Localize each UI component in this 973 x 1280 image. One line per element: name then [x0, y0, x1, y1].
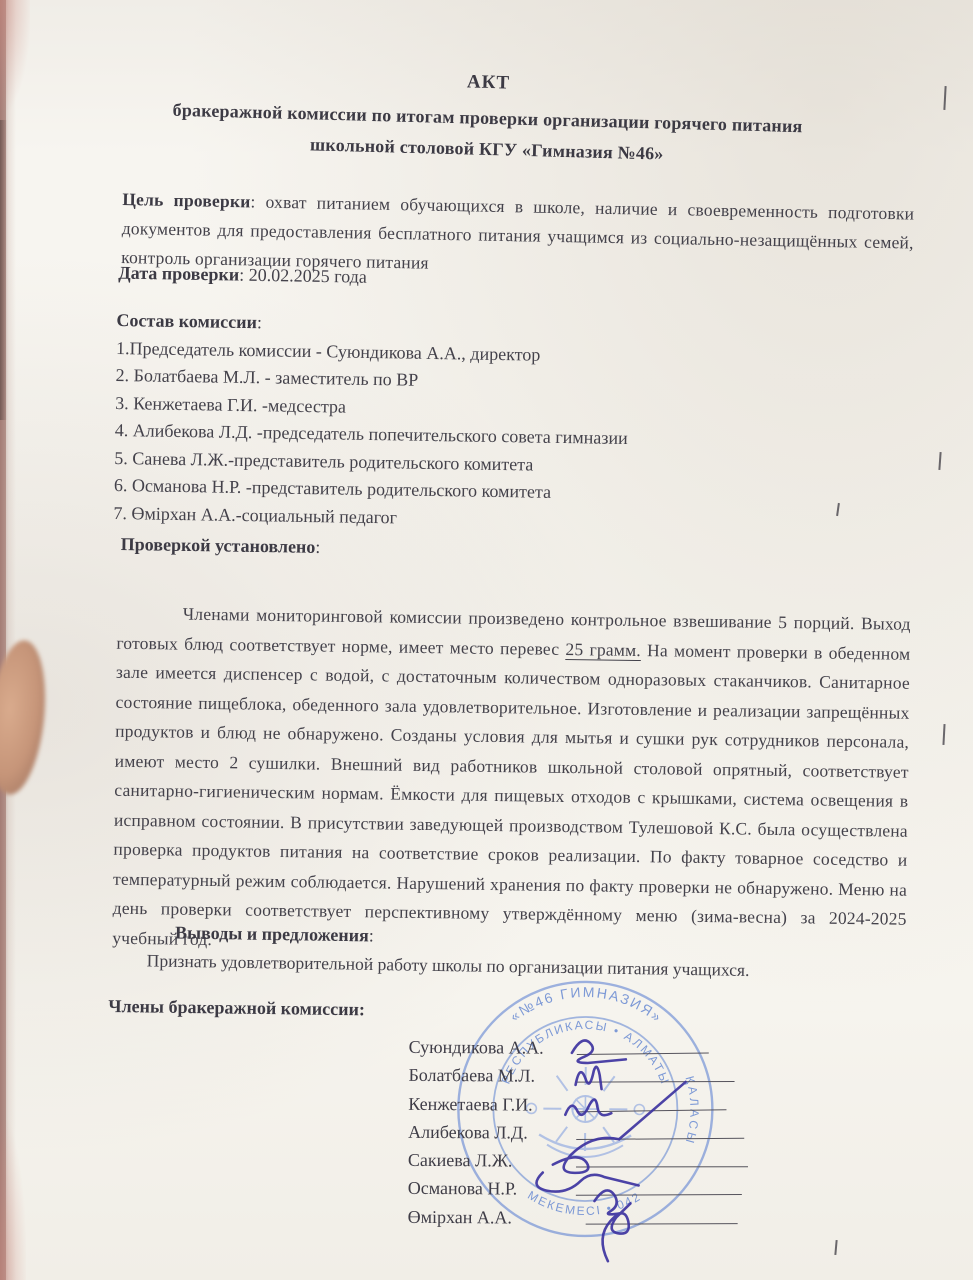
document-photo: АКТ бракеражной комиссии по итогам прове… — [0, 0, 973, 1280]
paper-sheet: АКТ бракеражной комиссии по итогам прове… — [6, 0, 973, 1280]
signatory-name: Өмірхан А.А. — [408, 1207, 576, 1229]
signatory-name: Суюндикова А.А. — [409, 1037, 577, 1059]
commission-member-list: 1.Председатель комиссии - Суюндикова А.А… — [113, 334, 916, 539]
signature-row: Суюндикова А.А. — [409, 1032, 729, 1062]
findings-paragraph: Членами мониторинговой комиссии произвед… — [112, 598, 911, 963]
signature-block: Суюндикова А.А. Болатбаева М.Л. Кенжетае… — [408, 1032, 729, 1232]
signatory-name: Болатбаева М.Л. — [408, 1065, 576, 1087]
signatory-name: Кенжетаева Г.И. — [408, 1093, 576, 1115]
signature-line — [576, 1118, 744, 1140]
purpose-label: Цель проверки — [122, 189, 251, 211]
signature-row: Алибекова Л.Д. — [408, 1117, 728, 1147]
underlined-weight-value: 25 грамм. — [565, 638, 641, 659]
signature-line — [577, 1033, 709, 1055]
signature-row: Болатбаева М.Л. — [408, 1060, 728, 1090]
findings-heading: Проверкой установлено: — [121, 534, 321, 558]
commission-section: Состав комиссии: 1.Председатель комиссии… — [113, 307, 916, 540]
colon: : — [369, 925, 374, 945]
signature-row: Сакиева Л.Ж. — [408, 1145, 728, 1175]
conclusions-label-text: Выводы и предложения — [175, 923, 369, 946]
photo-left-edge-shadow — [0, 120, 7, 420]
background-corner — [0, 0, 30, 110]
signature-line — [586, 1203, 738, 1224]
date-label: Дата проверки — [118, 263, 239, 285]
signatories-heading: Члены бракеражной комиссии: — [108, 996, 365, 1020]
signatory-name: Османова Н.Р. — [408, 1178, 576, 1200]
signature-row: Кенжетаева Г.И. — [408, 1088, 728, 1118]
colon: : — [257, 312, 262, 332]
date-value: 20.02.2025 года — [244, 265, 367, 287]
colon: : — [315, 537, 320, 557]
act-document: АКТ бракеражной комиссии по итогам прове… — [0, 0, 973, 1280]
date-line: Дата проверки: 20.02.2025 года — [118, 263, 367, 288]
signatory-name: Алибекова Л.Д. — [408, 1122, 576, 1144]
findings-label-text: Проверкой установлено — [121, 534, 316, 557]
signature-line — [576, 1174, 742, 1196]
signature-row: Османова Н.Р. — [408, 1173, 728, 1203]
commission-label: Состав комиссии — [116, 310, 257, 332]
findings-text-after: На момент проверки в обеденном зале имее… — [112, 639, 910, 948]
document-subtitle: бракеражной комиссии по итогам проверки … — [3, 90, 971, 177]
background-corner — [0, 1120, 26, 1280]
conclusions-heading: Выводы и предложения: — [175, 923, 374, 947]
signature-line — [576, 1061, 734, 1083]
document-header: АКТ бракеражной комиссии по итогам прове… — [3, 59, 972, 177]
signature-row: Өмірхан А.А. — [408, 1202, 728, 1232]
signatory-name: Сакиева Л.Ж. — [408, 1150, 576, 1172]
signature-line — [576, 1146, 748, 1167]
signature-line — [576, 1089, 726, 1112]
